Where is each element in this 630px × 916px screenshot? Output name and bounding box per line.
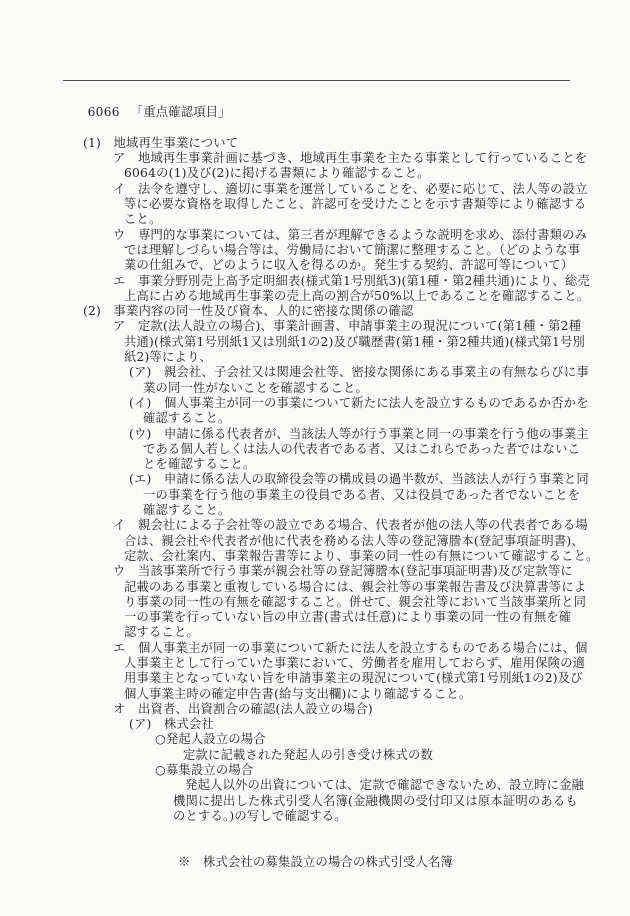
text-line: 確認すること。 [0, 503, 630, 518]
text-line: 定款に記載された発起人の引き受け株式の数 [0, 748, 630, 763]
text-line: 上高に占める地域再生事業の売上高の割合が50%以上であることを確認すること。 [0, 289, 630, 304]
text-line: 発起人以外の出資については、定款で確認できないため、設立時に金融 [0, 778, 630, 793]
text-line: (ウ) 申請に係る代表者が、当該法人等が行う事業と同一の事業を行う他の事業主 [0, 427, 630, 442]
text-line: エ 個人事業主が同一の事業について新たに法人を設立するものである場合には、個 [0, 641, 630, 656]
text-line: のとする。)の写しで確認する。 [0, 809, 630, 824]
text-line: 定款、会社案内、事業報告書等により、事業の同一性の有無について確認すること。 [0, 549, 630, 564]
text-line: (2) 事業内容の同一性及び資本、人的に密接な関係の確認 [0, 304, 630, 319]
text-line: 用事業主となっていない旨を申請事業主の現況について(様式第1号別紙1の2)及び [0, 671, 630, 686]
header-divider [63, 80, 570, 81]
text-line: ア 定款(法人設立の場合)、事業計画書、申請事業主の現況について(第1種・第2種 [0, 319, 630, 334]
text-line: 紙2)等により、 [0, 350, 630, 365]
section-title: 「重点確認項目」 [131, 105, 231, 119]
note-line: ※ 株式会社の募集設立の場合の株式引受人名簿 [0, 855, 630, 870]
section-heading: 6066「重点確認項目」 [0, 90, 630, 136]
text-line: である個人若しくは法人の代表者である者、又はこれらであった者ではないこ [0, 442, 630, 457]
text-line: では理解しづらい場合等は、労働局において簡潔に整理すること。（どのような事 [0, 243, 630, 258]
text-line: 業の仕組みで、どのように収入を得るのか。発生する契約、許認可等について） [0, 258, 630, 273]
text-line: (ア) 親会社、子会社又は関連会社等、密接な関係にある事業主の有無ならびに事 [0, 365, 630, 380]
text-line: ウ 当該事業所で行う事業が親会社等の登記簿謄本(登記事項証明書)及び定款等に [0, 564, 630, 579]
text-line: 記載のある事業と重複している場合には、親会社等の事業報告書及び決算書等によ [0, 580, 630, 595]
text-line: (エ) 申請に係る法人の取締役会等の構成員の過半数が、当該法人が行う事業と同 [0, 472, 630, 487]
outline-lines: (1) 地域再生事業についてア 地域再生事業計画に基づき、地域再生事業を主たる事… [0, 136, 630, 870]
text-line: 個人事業主時の確定申告書(給与支出欄)により確認すること。 [0, 687, 630, 702]
text-line: (ア) 株式会社 [0, 717, 630, 732]
section-number: 6066 [88, 105, 120, 119]
text-line: (1) 地域再生事業について [0, 136, 630, 151]
text-line: オ 出資者、出資割合の確認(法人設立の場合) [0, 702, 630, 717]
text-line: こと。 [0, 212, 630, 227]
text-line: ア 地域再生事業計画に基づき、地域再生事業を主たる事業として行っていることを [0, 151, 630, 166]
text-line: り事業の同一性の有無を確認すること。併せて、親会社等において当該事業所と同 [0, 595, 630, 610]
text-line: 一の事業を行っていない旨の申立書(書式は任意)により事業の同一性の有無を確 [0, 610, 630, 625]
text-line: とを確認すること。 [0, 457, 630, 472]
text-line: 一の事業を行う他の事業主の役員である者、又は役員であった者でないことを [0, 488, 630, 503]
text-line: イ 法令を遵守し、適切に事業を運営していることを、必要に応じて、法人等の設立 [0, 182, 630, 197]
text-line: イ 親会社による子会社等の設立である場合、代表者が他の法人等の代表者である場 [0, 518, 630, 533]
text-line: 合は、親会社や代表者が他に代表を務める法人等の登記簿謄本(登記事項証明書)、 [0, 534, 630, 549]
text-line: (イ) 個人事業主が同一の事業について新たに法人を設立するものであるか否かを [0, 396, 630, 411]
text-line: ウ 専門的な事業については、第三者が理解できるような説明を求め、添付書類のみ [0, 228, 630, 243]
document-body: 6066「重点確認項目」 (1) 地域再生事業についてア 地域再生事業計画に基づ… [0, 90, 630, 870]
text-line: 業の同一性がないことを確認すること。 [0, 381, 630, 396]
text-line: 機関に提出した株式引受人名簿(金融機関の受付印又は原本証明のあるも [0, 794, 630, 809]
text-line: 等に必要な資格を取得したこと、許認可を受けたことを示す書類等により確認する [0, 197, 630, 212]
document-page: 6066「重点確認項目」 (1) 地域再生事業についてア 地域再生事業計画に基づ… [0, 0, 630, 916]
text-line: ○募集設立の場合 [0, 763, 630, 778]
text-line: 人事業主として行っていた事業において、労働者を雇用しておらず、雇用保険の適 [0, 656, 630, 671]
text-line: 認すること。 [0, 625, 630, 640]
text-line: エ 事業分野別売上高予定明細表(様式第1号別紙3)(第1種・第2種共通)により、… [0, 274, 630, 289]
text-line: 6064の(1)及び(2)に掲げる書類により確認すること。 [0, 166, 630, 181]
text-line: ○発起人設立の場合 [0, 732, 630, 747]
text-line: 確認すること。 [0, 411, 630, 426]
text-line: 共通)(様式第1号別紙1又は別紙1の2)及び職歴書(第1種・第2種共通)(様式第… [0, 335, 630, 350]
